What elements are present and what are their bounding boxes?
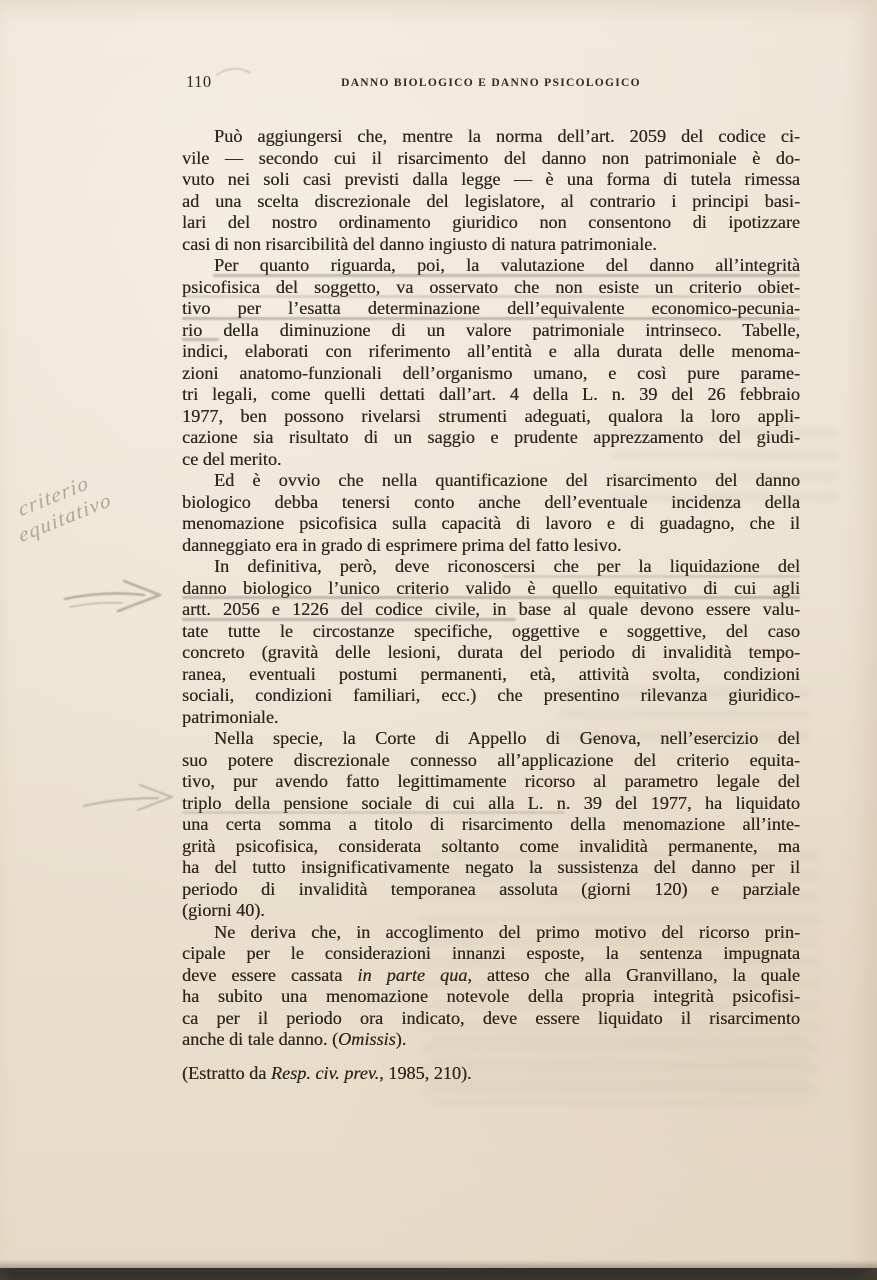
paragraph: In definitiva, però, deve riconoscersi c… [182, 556, 800, 728]
text-line: cazione sia risultato di un saggio e pru… [182, 427, 800, 449]
text-line: Ne deriva che, in accoglimento del primo… [182, 922, 800, 944]
text-line: menomazione psicofisica sulla capacità d… [182, 513, 800, 535]
text-line: tivo, pur avendo fatto legittimamente ri… [182, 771, 800, 793]
text-line: ha subito una menomazione notevole della… [182, 986, 800, 1008]
text-line: Nella specie, la Corte di Appello di Gen… [182, 728, 800, 750]
text-line: anche di tale danno. (Omissis). [182, 1029, 800, 1051]
text-line: biologico debba tenersi conto anche dell… [182, 492, 800, 514]
scanner-band [0, 1268, 877, 1280]
text-line: Per quanto riguarda, poi, la valutazione… [182, 255, 800, 277]
text-line: (giorni 40). [182, 900, 800, 922]
paragraph: Ed è ovvio che nella quantificazione del… [182, 470, 800, 556]
text-line: lari del nostro ordinamento giuridico no… [182, 212, 800, 234]
text-line: concreto (gravità delle lesioni, durata … [182, 642, 800, 664]
text-line: danneggiato era in grado di esprimere pr… [182, 535, 800, 557]
text-line: tivo per l’esatta determinazione dell’eq… [182, 298, 800, 320]
text-line: ca per il periodo ora indicato, deve ess… [182, 1008, 800, 1030]
text-line: cipale per le considerazioni innanzi esp… [182, 943, 800, 965]
text-line: ce del merito. [182, 449, 800, 471]
scan-edge-shadow [0, 1260, 877, 1268]
scanned-book-page: 110 DANNO BIOLOGICO E DANNO PSICOLOGICO … [0, 0, 877, 1280]
text-line: deve essere cassata in parte qua, atteso… [182, 965, 800, 987]
text-line: Può aggiungersi che, mentre la norma del… [182, 126, 800, 148]
margin-note-handwriting: criterio equitativo [16, 442, 167, 545]
text-line: danno biologico l’unico criterio valido … [182, 578, 800, 600]
text-line: triplo della pensione sociale di cui all… [182, 793, 800, 815]
text-line: ranea, eventuali postumi permanenti, età… [182, 664, 800, 686]
text-line: casi di non risarcibilità del danno ingi… [182, 234, 800, 256]
pencil-tick-icon [215, 64, 253, 80]
text-line: patrimoniale. [182, 707, 800, 729]
text-line: zioni anatomo-funzionali dell’organismo … [182, 363, 800, 385]
text-line: psicofisica del soggetto, va osservato c… [182, 277, 800, 299]
text-line: ha del tutto insignificativamente negato… [182, 857, 800, 879]
text-line: In definitiva, però, deve riconoscersi c… [182, 556, 800, 578]
text-line: una certa somma a titolo di risarcimento… [182, 814, 800, 836]
text-line: 1977, ben possono rivelarsi strumenti ad… [182, 406, 800, 428]
body-text: Può aggiungersi che, mentre la norma del… [182, 126, 800, 1084]
text-line: indici, elaborati con riferimento all’en… [182, 341, 800, 363]
running-header: DANNO BIOLOGICO E DANNO PSICOLOGICO [182, 77, 800, 89]
text-line: tate tutte le circostanze specifiche, og… [182, 621, 800, 643]
paragraph: Nella specie, la Corte di Appello di Gen… [182, 728, 800, 922]
paragraph: Può aggiungersi che, mentre la norma del… [182, 126, 800, 255]
text-line: (Estratto da Resp. civ. prev., 1985, 210… [182, 1063, 800, 1085]
right-arrow-pencil-icon [62, 576, 166, 618]
text-line: rio della diminuzione di un valore patri… [182, 320, 800, 342]
text-line: suo potere discrezionale connesso all’ap… [182, 750, 800, 772]
text-line: vuto nei soli casi previsti dalla legge … [182, 169, 800, 191]
text-line: periodo di invalidità temporanea assolut… [182, 879, 800, 901]
text-line: sociali, condizioni familiari, ecc.) che… [182, 685, 800, 707]
paragraph: (Estratto da Resp. civ. prev., 1985, 210… [182, 1063, 800, 1085]
right-arrow-pencil-icon [82, 783, 178, 817]
text-line: grità psicofisica, considerata soltanto … [182, 836, 800, 858]
paragraph: Per quanto riguarda, poi, la valutazione… [182, 255, 800, 470]
text-line: ad una scelta discrezionale del legislat… [182, 191, 800, 213]
paragraph: Ne deriva che, in accoglimento del primo… [182, 922, 800, 1051]
text-line: artt. 2056 e 1226 del codice civile, in … [182, 599, 800, 621]
text-line: vile — secondo cui il risarcimento del d… [182, 148, 800, 170]
text-line: Ed è ovvio che nella quantificazione del… [182, 470, 800, 492]
text-line: tri legali, come quelli dettati dall’art… [182, 384, 800, 406]
